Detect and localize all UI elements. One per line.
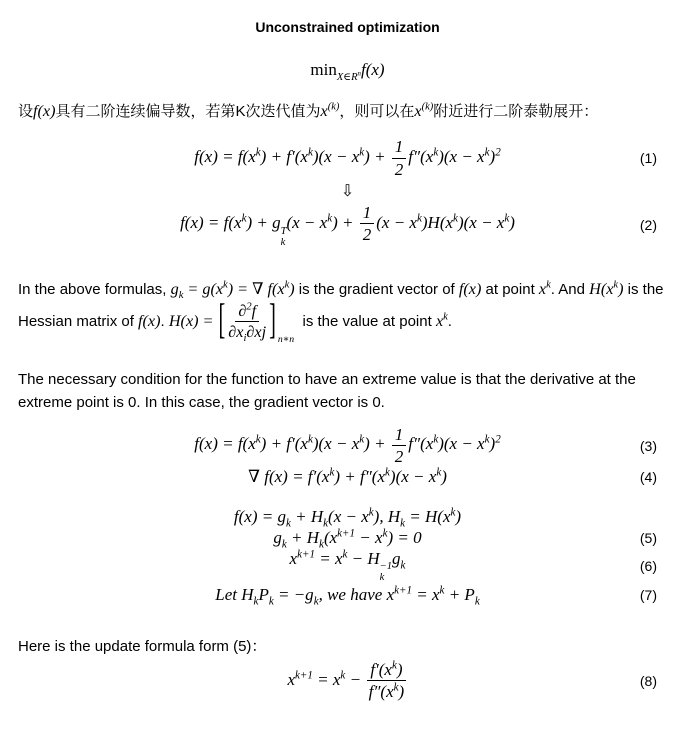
equation-4-formula: ∇ f(x) = f′(xk) + f″(xk)(x − xk) <box>248 467 447 486</box>
equation-4-number: (4) <box>640 469 657 485</box>
equation-7-number: (7) <box>640 587 657 603</box>
equation-1-formula: f(x) = f(xk) + f′(xk)(x − xk) + 12f″(xk)… <box>194 147 500 166</box>
equation-8-number: (8) <box>640 673 657 689</box>
equation-5-number: (5) <box>640 530 657 546</box>
double-down-arrow-icon: ⇩ <box>341 183 354 200</box>
paragraph-gradient-hessian: In the above formulas, gk = g(xk) = ∇ f(… <box>18 277 677 342</box>
document-page: Unconstrained optimization minX∈Rnf(x) 设… <box>0 0 695 731</box>
equation-8-row: xk+1 = xk − f′(xk)f″(xk) (8) <box>18 660 677 702</box>
equation-7-row: Let HkPk = −gk, we have xk+1 = xk + Pk (… <box>18 585 677 605</box>
equation-1-row: f(x) = f(xk) + f′(xk)(x − xk) + 12f″(xk)… <box>18 137 677 179</box>
equation-3-formula: f(x) = f(xk) + f′(xk)(x − xk) + 12f″(xk)… <box>194 434 500 453</box>
equation-6-row: xk+1 = xk − H−1kgk (6) <box>18 549 677 584</box>
objective-formula-row: minX∈Rnf(x) <box>18 60 677 80</box>
equation-3-number: (3) <box>640 438 657 454</box>
equation-6-formula: xk+1 = xk − H−1kgk <box>290 549 406 568</box>
equation-linearized-row: f(x) = gk + Hk(x − xk), Hk = H(xk) <box>18 507 677 527</box>
equation-3-row: f(x) = f(xk) + f′(xk)(x − xk) + 12f″(xk)… <box>18 425 677 467</box>
implies-arrow-row: ⇩ <box>18 183 677 201</box>
equation-2-formula: f(x) = f(xk) + gTk(x − xk) + 12(x − xk)H… <box>180 213 515 232</box>
equation-2-row: f(x) = f(xk) + gTk(x − xk) + 12(x − xk)H… <box>18 203 677 248</box>
equation-linearized-formula: f(x) = gk + Hk(x − xk), Hk = H(xk) <box>234 507 461 526</box>
equation-4-row: ∇ f(x) = f′(xk) + f″(xk)(x − xk) (4) <box>18 467 677 487</box>
equation-5-formula: gk + Hk(xk+1 − xk) = 0 <box>273 528 421 547</box>
equation-8-formula: xk+1 = xk − f′(xk)f″(xk) <box>287 670 407 689</box>
equation-1-number: (1) <box>640 150 657 166</box>
objective-formula: minX∈Rnf(x) <box>310 60 384 79</box>
paragraph-necessary-condition: The necessary condition for the function… <box>18 368 677 415</box>
equation-6-number: (6) <box>640 558 657 574</box>
page-title: Unconstrained optimization <box>18 0 677 35</box>
paragraph-taylor-expansion-zh: 设f(x)具有二阶连续偏导数，若第K次迭代值为x(k)，则可以在x(k)附近进行… <box>18 99 677 124</box>
paragraph-update-formula: Here is the update formula form (5)： <box>18 635 677 658</box>
equation-7-formula: Let HkPk = −gk, we have xk+1 = xk + Pk <box>215 585 479 604</box>
equation-5-row: gk + Hk(xk+1 − xk) = 0 (5) <box>18 528 677 548</box>
equation-2-number: (2) <box>640 217 657 233</box>
